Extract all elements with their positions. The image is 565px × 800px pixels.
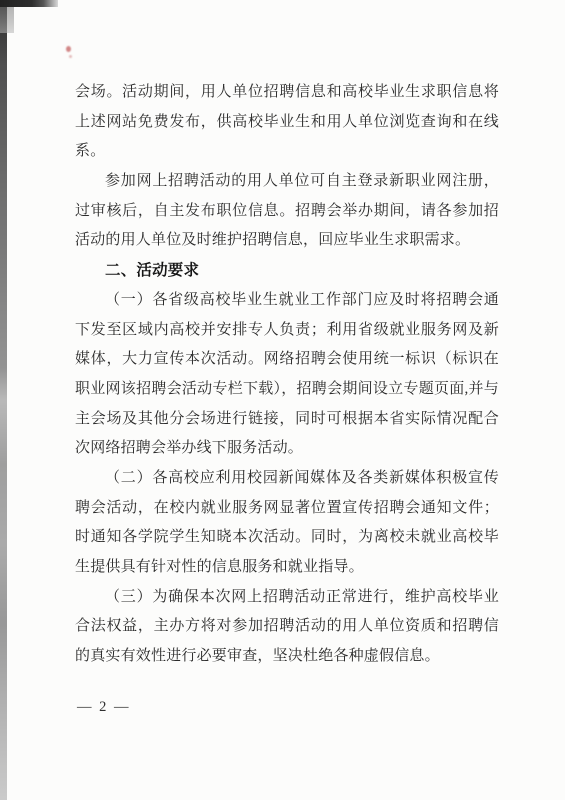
text-line: 时通知各学院学生知晓本次活动。同时，为离校未就业高校毕业 [75,523,499,553]
text-line: （三）为确保本次网上招聘活动正常进行，维护高校毕业生 [75,583,499,613]
text-line: 职业网该招聘会活动专栏下载），招聘会期间设立专题页面,并与 [75,375,499,405]
text-line: 聘会活动，在校内就业服务网显著位置宣传招聘会通知文件；及 [75,494,499,524]
text-line: 的真实有效性进行必要审查，坚决杜绝各种虚假信息。 [75,642,499,672]
text-line: 媒体，大力宣传本次活动。网络招聘会使用统一标识（标识在新 [75,345,499,375]
para-requirement-3: （三）为确保本次网上招聘活动正常进行，维护高校毕业生合法权益，主办方将对参加招聘… [75,583,499,672]
red-ink-speck [66,46,71,52]
text-line: 参加网上招聘活动的用人单位可自主登录新职业网注册，通 [75,167,499,197]
text-line: 主会场及其他分会场进行链接，同时可根据本省实际情况配合此 [75,405,499,435]
page-number: — 2 — [77,699,131,716]
text-line: 上述网站免费发布，供高校毕业生和用人单位浏览查询和在线联 [75,108,499,138]
para-online-registration: 参加网上招聘活动的用人单位可自主登录新职业网注册，通过审核后，自主发布职位信息。… [75,167,499,256]
red-ink-speck-small [69,55,72,58]
text-line: （一）各省级高校毕业生就业工作部门应及时将招聘会通知 [75,286,499,316]
text-line: 生提供具有针对性的信息服务和就业指导。 [75,553,499,583]
scanned-document-page: 会场。活动期间，用人单位招聘信息和高校毕业生求职信息将在上述网站免费发布，供高校… [0,0,565,800]
text-line: 会场。活动期间，用人单位招聘信息和高校毕业生求职信息将在 [75,78,499,108]
text-line: 活动的用人单位及时维护招聘信息，回应毕业生求职需求。 [75,226,499,256]
heading-section-2: 二、活动要求 [75,256,499,286]
para-requirement-2: （二）各高校应利用校园新闻媒体及各类新媒体积极宣传招聘会活动，在校内就业服务网显… [75,464,499,583]
text-line: 过审核后，自主发布职位信息。招聘会举办期间，请各参加招聘 [75,197,499,227]
scan-corner-artifact-tail [0,7,14,33]
text-line: 二、活动要求 [75,256,499,286]
para-requirement-1: （一）各省级高校毕业生就业工作部门应及时将招聘会通知下发至区域内高校并安排专人负… [75,286,499,464]
text-line: 次网络招聘会举办线下服务活动。 [75,434,499,464]
text-line: 下发至区域内高校并安排专人负责；利用省级就业服务网及新闻 [75,316,499,346]
document-body: 会场。活动期间，用人单位招聘信息和高校毕业生求职信息将在上述网站免费发布，供高校… [75,78,499,672]
text-line: 系。 [75,137,499,167]
scan-corner-artifact [0,0,58,7]
scan-edge-artifact [0,0,7,800]
text-line: （二）各高校应利用校园新闻媒体及各类新媒体积极宣传招 [75,464,499,494]
para-continuation: 会场。活动期间，用人单位招聘信息和高校毕业生求职信息将在上述网站免费发布，供高校… [75,78,499,167]
text-line: 合法权益，主办方将对参加招聘活动的用人单位资质和招聘信息 [75,612,499,642]
